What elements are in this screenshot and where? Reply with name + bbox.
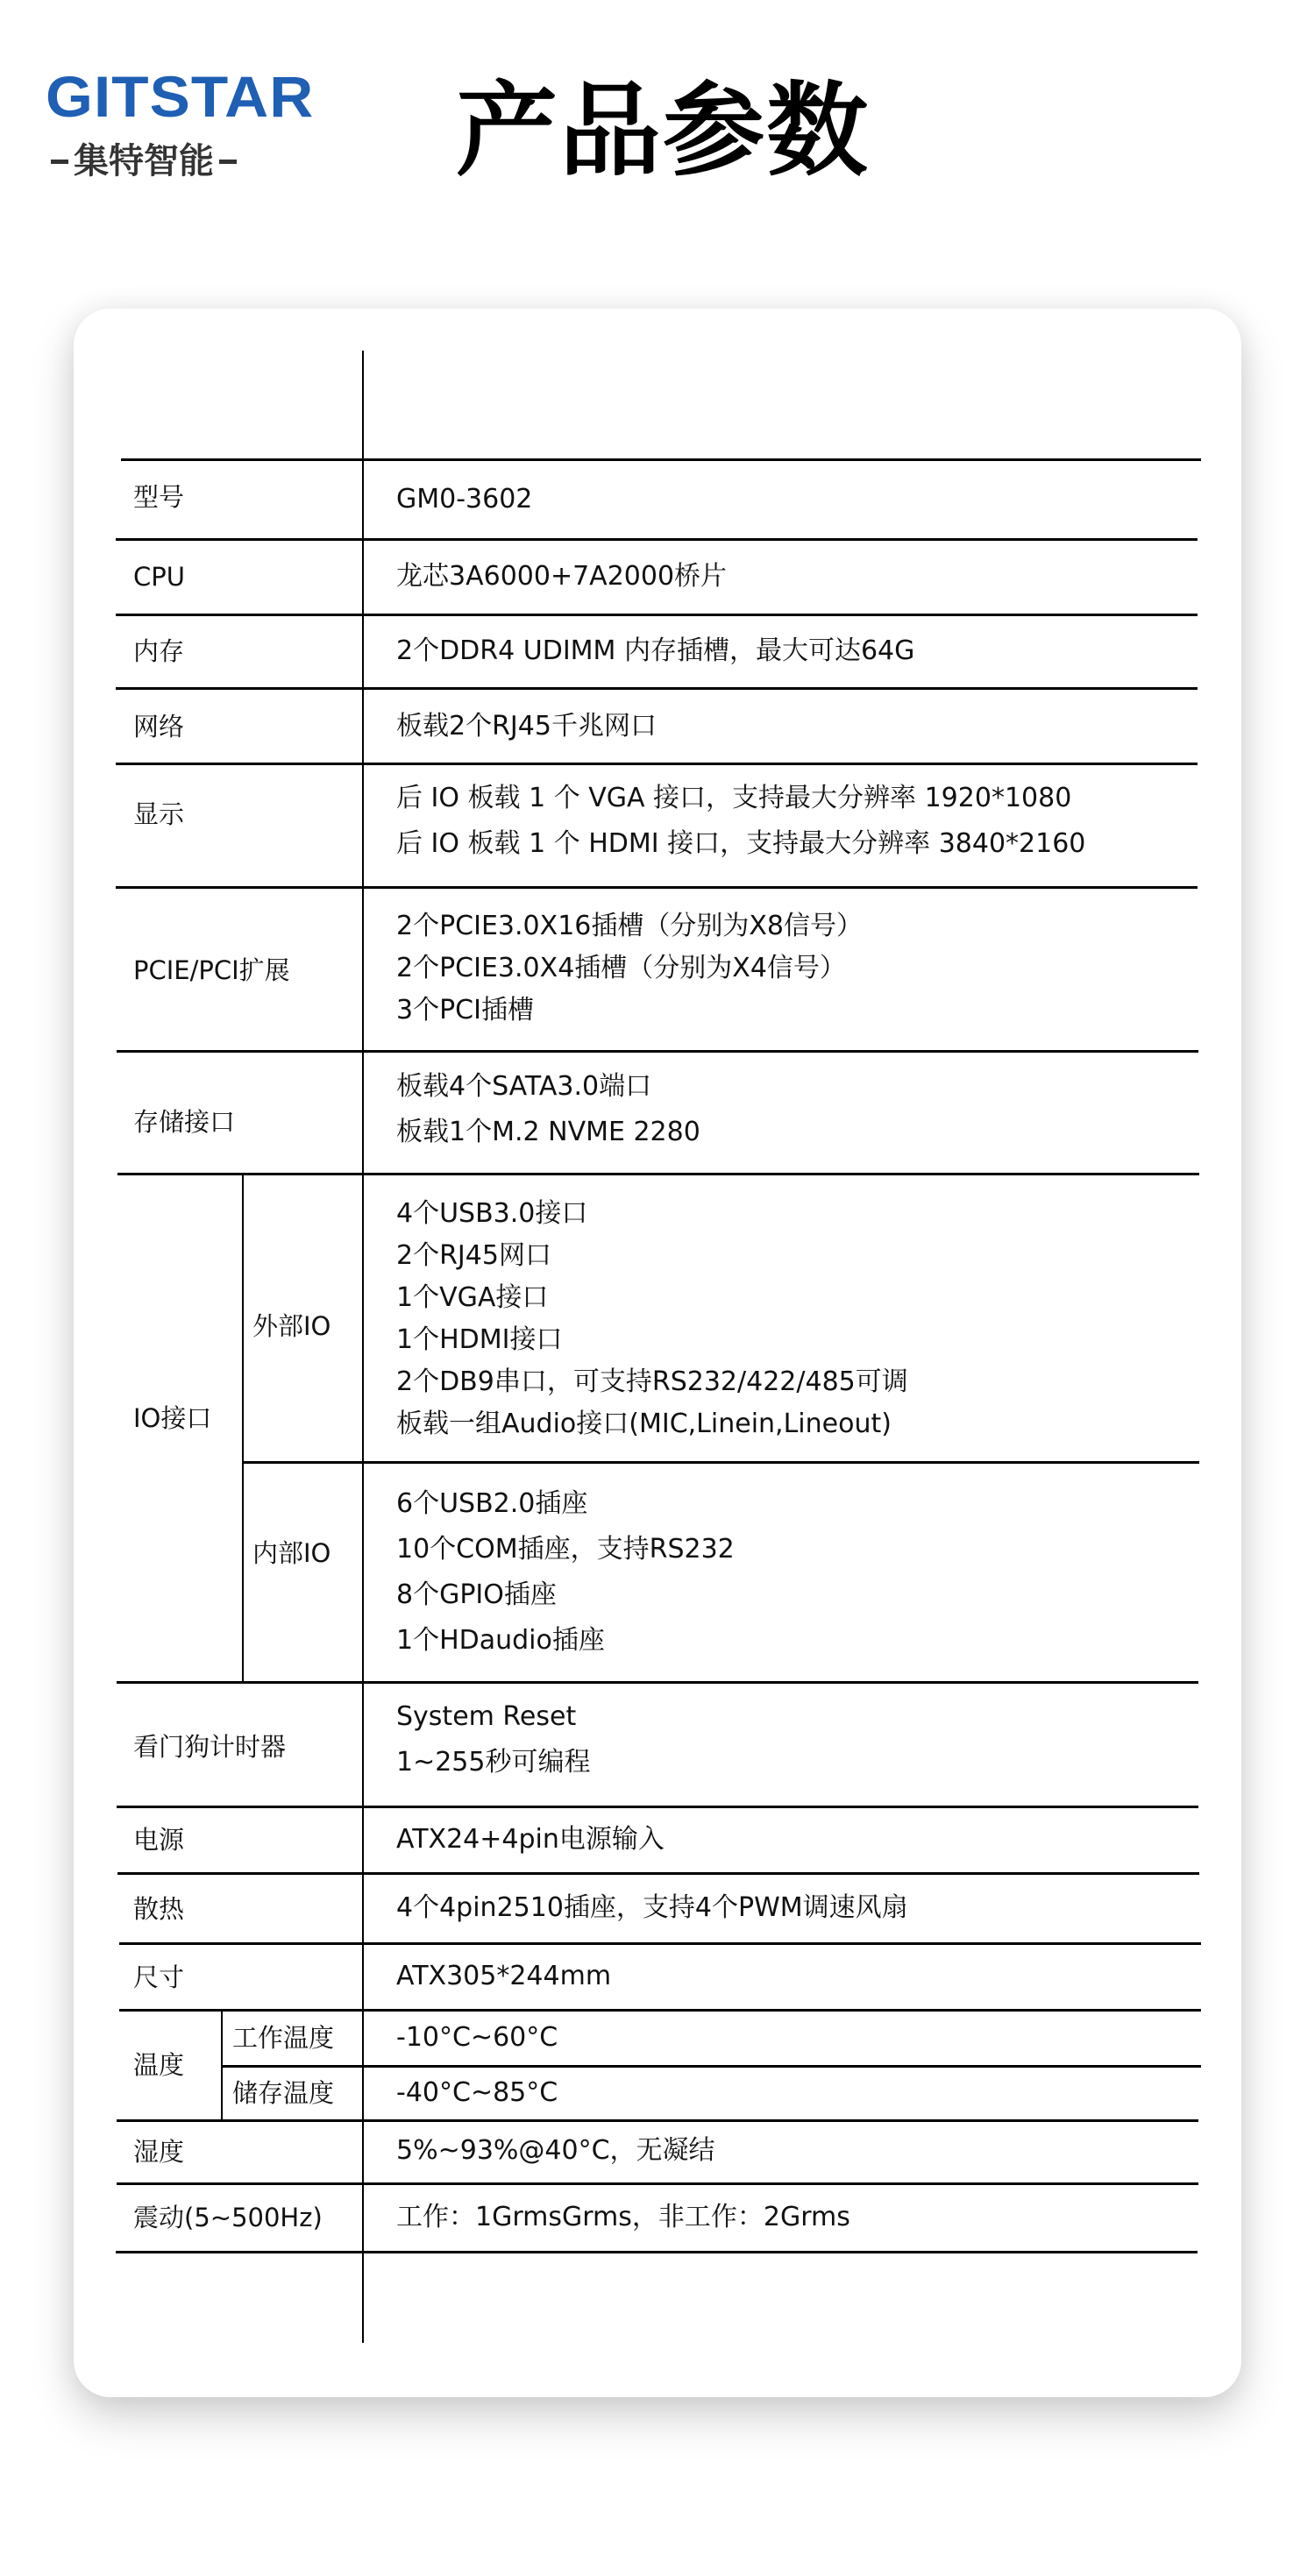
value-line: 2个DDR4 UDIMM 内存插槽，最大可达64G — [396, 629, 914, 673]
row-divider — [119, 2009, 1201, 2012]
value-line: 5%~93%@40°C，无凝结 — [396, 2129, 715, 2173]
dash-decoration — [219, 160, 237, 164]
value-line: 2个RJ45网口 — [396, 1234, 908, 1276]
row-divider — [116, 2251, 1198, 2253]
sub-label-internal-io: 内部IO — [252, 1537, 331, 1569]
row-divider — [116, 687, 1198, 690]
row-value: 板载4个SATA3.0端口 板载1个M.2 NVME 2280 — [396, 1065, 700, 1156]
value-line: 4个4pin2510插座，支持4个PWM调速风扇 — [396, 1886, 908, 1930]
value-line: -10°C~60°C — [396, 2016, 558, 2060]
value-line: ATX24+4pin电源输入 — [396, 1818, 665, 1862]
row-value: 龙芯3A6000+7A2000桥片 — [396, 555, 727, 599]
row-label: 内存 — [133, 635, 184, 667]
row-value: 板载2个RJ45千兆网口 — [396, 705, 657, 749]
value-line: 2个PCIE3.0X4插槽（分别为X4信号） — [396, 947, 863, 989]
column-divider — [362, 351, 364, 2343]
value-line: -40°C~85°C — [396, 2071, 558, 2115]
sub-label-external-io: 外部IO — [252, 1310, 331, 1342]
row-label: 型号 — [133, 481, 184, 513]
value-line: ATX305*244mm — [396, 1955, 611, 1998]
value-line: 1个HDaudio插座 — [396, 1619, 735, 1664]
value-line: 后 IO 板载 1 个 HDMI 接口，支持最大分辨率 3840*2160 — [396, 822, 1085, 868]
row-label: 网络 — [133, 711, 184, 742]
dash-decoration — [51, 160, 68, 164]
value-line: System Reset — [396, 1695, 590, 1741]
value-line: 龙芯3A6000+7A2000桥片 — [396, 555, 727, 599]
row-divider — [117, 2182, 1198, 2185]
value-line: 1个HDMI接口 — [396, 1318, 908, 1360]
row-label: 尺寸 — [133, 1962, 184, 1993]
row-label: 存储接口 — [133, 1106, 235, 1138]
row-label: 散热 — [133, 1893, 184, 1925]
brand-logo: GITSTAR 集特智能 — [46, 70, 275, 182]
sub-label-storage-temp: 储存温度 — [232, 2077, 334, 2109]
value-line: 2个PCIE3.0X16插槽（分别为X8信号） — [396, 905, 863, 947]
sub-label-operating-temp: 工作温度 — [232, 2022, 334, 2054]
row-value-operating-temp: -10°C~60°C — [396, 2016, 558, 2060]
value-line: GM0-3602 — [396, 478, 532, 522]
brand-subtitle: 集特智能 — [46, 140, 275, 182]
row-label: CPU — [133, 561, 185, 593]
row-divider — [117, 1173, 1199, 1175]
brand-subtitle-text: 集特智能 — [74, 140, 214, 182]
value-line: 板载2个RJ45千兆网口 — [396, 705, 657, 749]
value-line: 工作：1GrmsGrms，非工作：2Grms — [396, 2196, 850, 2239]
row-value-storage-temp: -40°C~85°C — [396, 2071, 558, 2115]
row-value: 工作：1GrmsGrms，非工作：2Grms — [396, 2196, 850, 2239]
value-line: 10个COM插座，支持RS232 — [396, 1528, 735, 1573]
value-line: 板载一组Audio接口(MIC,Linein,Lineout) — [396, 1402, 908, 1444]
value-line: 1个VGA接口 — [396, 1276, 908, 1318]
temperature-sub-divider — [221, 2065, 1201, 2068]
row-label: PCIE/PCI扩展 — [133, 954, 290, 986]
row-divider — [117, 2119, 1198, 2122]
row-value: 5%~93%@40°C，无凝结 — [396, 2129, 715, 2173]
row-label: IO接口 — [133, 1402, 211, 1434]
value-line: 板载4个SATA3.0端口 — [396, 1065, 700, 1111]
page-title: 产品参数 — [456, 70, 870, 193]
row-divider — [116, 886, 1198, 889]
value-line: 6个USB2.0插座 — [396, 1482, 735, 1528]
row-value: 4个4pin2510插座，支持4个PWM调速风扇 — [396, 1886, 908, 1930]
row-value: ATX24+4pin电源输入 — [396, 1818, 665, 1862]
row-value: GM0-3602 — [396, 478, 532, 522]
row-divider — [117, 1872, 1199, 1875]
row-divider — [116, 763, 1198, 765]
value-line: 后 IO 板载 1 个 VGA 接口，支持最大分辨率 1920*1080 — [396, 777, 1085, 822]
row-label: 电源 — [133, 1824, 184, 1856]
io-sub-divider — [242, 1461, 1199, 1464]
io-subdivider — [242, 1174, 244, 1682]
brand-wordmark: GITSTAR — [46, 70, 287, 123]
row-divider — [116, 614, 1198, 616]
row-divider — [119, 1942, 1201, 1945]
row-value-internal-io: 6个USB2.0插座 10个COM插座，支持RS232 8个GPIO插座 1个H… — [396, 1482, 735, 1664]
row-divider — [117, 1681, 1198, 1684]
row-value: 2个PCIE3.0X16插槽（分别为X8信号） 2个PCIE3.0X4插槽（分别… — [396, 905, 863, 1031]
value-line: 3个PCI插槽 — [396, 989, 863, 1031]
value-line: 4个USB3.0接口 — [396, 1192, 908, 1234]
value-line: 1~255秒可编程 — [396, 1741, 590, 1786]
value-line: 板载1个M.2 NVME 2280 — [396, 1111, 700, 1156]
row-divider — [121, 458, 1201, 461]
row-value: ATX305*244mm — [396, 1955, 611, 1998]
row-label: 看门狗计时器 — [133, 1731, 286, 1763]
row-divider — [117, 1806, 1198, 1808]
row-value: System Reset 1~255秒可编程 — [396, 1695, 590, 1786]
row-label: 温度 — [133, 2049, 184, 2081]
row-divider — [117, 1050, 1198, 1053]
row-divider — [116, 538, 1198, 541]
row-value-external-io: 4个USB3.0接口 2个RJ45网口 1个VGA接口 1个HDMI接口 2个D… — [396, 1192, 908, 1444]
value-line: 2个DB9串口，可支持RS232/422/485可调 — [396, 1360, 908, 1402]
value-line: 8个GPIO插座 — [396, 1573, 735, 1619]
row-label: 震动(5~500Hz) — [133, 2202, 323, 2233]
row-label: 湿度 — [133, 2136, 184, 2168]
row-label: 显示 — [133, 798, 184, 830]
row-value: 后 IO 板载 1 个 VGA 接口，支持最大分辨率 1920*1080 后 I… — [396, 777, 1085, 868]
row-value: 2个DDR4 UDIMM 内存插槽，最大可达64G — [396, 629, 914, 673]
